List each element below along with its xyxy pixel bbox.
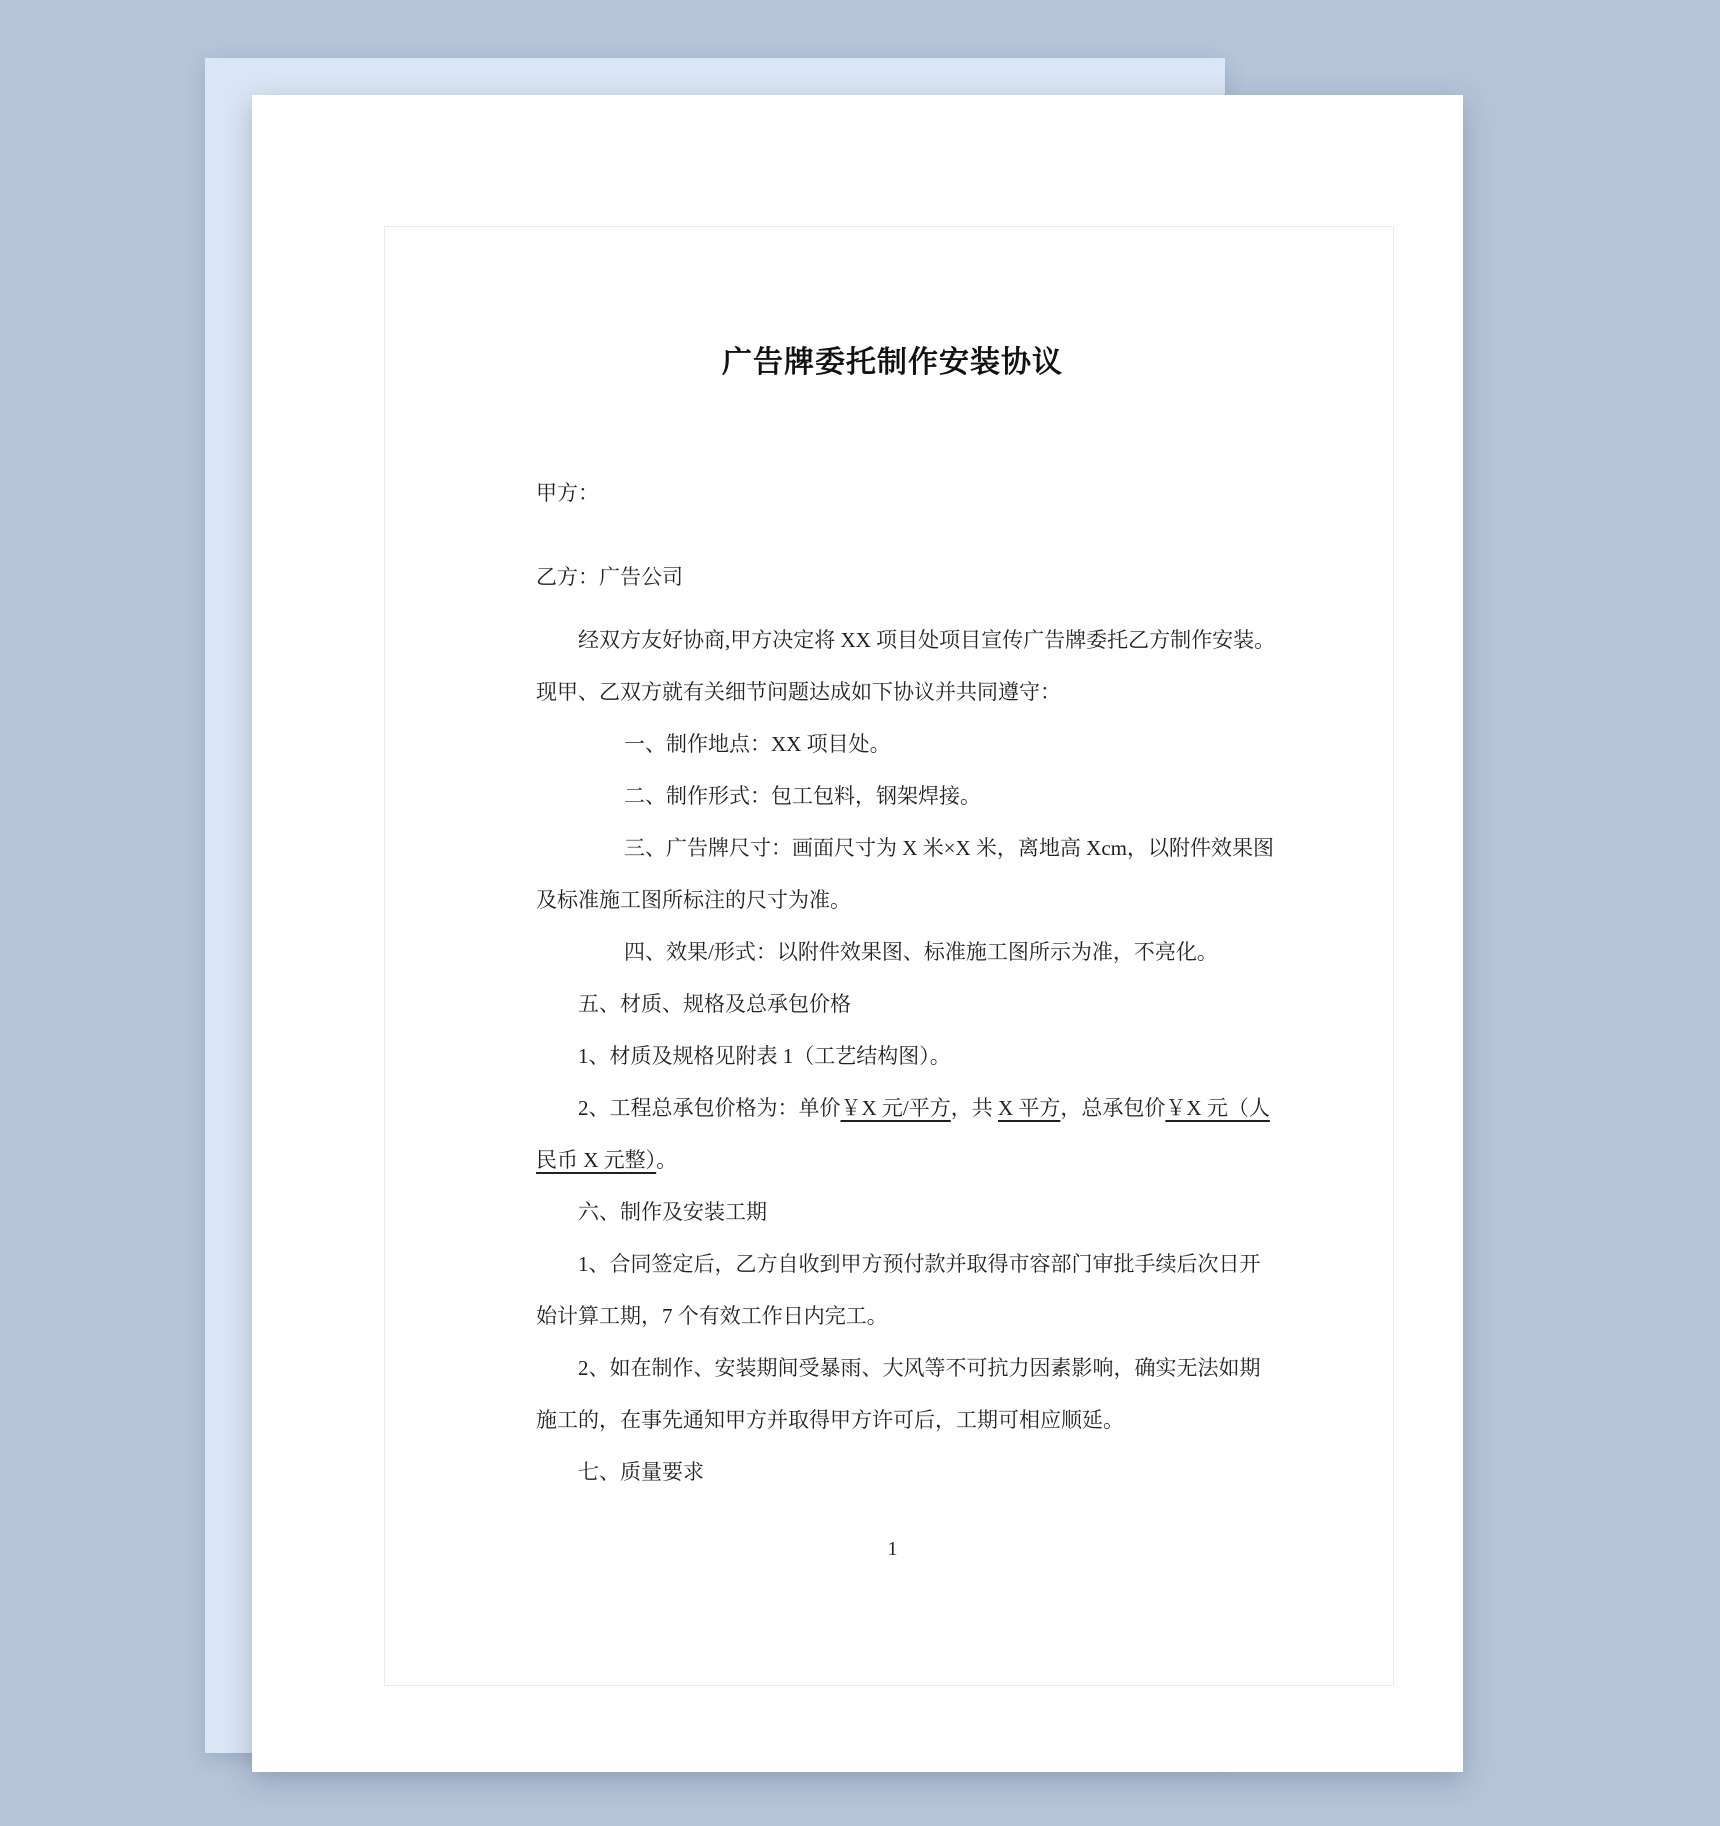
- document-line: 2、工程总承包价格为：单价￥X 元/平方，共 X 平方，总承包价￥X 元（人: [536, 1082, 1249, 1134]
- document-line: 现甲、乙双方就有关细节问题达成如下协议并共同遵守：: [536, 666, 1249, 718]
- page-number: 1: [536, 1536, 1249, 1562]
- document-line: 乙方：广告公司: [536, 551, 1249, 603]
- document-line: 甲方：: [536, 467, 1249, 519]
- document-line: 三、广告牌尺寸：画面尺寸为 X 米×X 米，离地高 Xcm，以附件效果图: [536, 822, 1249, 874]
- document-line: 五、材质、规格及总承包价格: [536, 978, 1249, 1030]
- text-segment: 甲方：: [536, 481, 599, 505]
- underlined-text: ￥X 元/平方: [841, 1096, 951, 1120]
- document-line: 施工的，在事先通知甲方并取得甲方许可后，工期可相应顺延。: [536, 1394, 1249, 1446]
- text-segment: 。: [656, 1148, 677, 1172]
- text-segment: 乙方：广告公司: [536, 565, 683, 589]
- document-line: 民币 X 元整）。: [536, 1134, 1249, 1186]
- document-title: 广告牌委托制作安装协议: [536, 343, 1249, 383]
- text-segment: 现甲、乙双方就有关细节问题达成如下协议并共同遵守：: [536, 680, 1061, 704]
- underlined-text: X 平方: [998, 1096, 1060, 1120]
- text-segment: 一、制作地点：XX 项目处。: [624, 732, 891, 756]
- text-segment: 五、材质、规格及总承包价格: [578, 992, 851, 1016]
- text-segment: 2、工程总承包价格为：单价: [578, 1096, 841, 1120]
- document-line: 一、制作地点：XX 项目处。: [536, 718, 1249, 770]
- document-line: 始计算工期，7 个有效工作日内完工。: [536, 1290, 1249, 1342]
- text-segment: 六、制作及安装工期: [578, 1200, 767, 1224]
- text-frame: 广告牌委托制作安装协议 甲方：乙方：广告公司经双方友好协商,甲方决定将 XX 项…: [384, 226, 1394, 1686]
- document-line: 及标准施工图所标注的尺寸为准。: [536, 874, 1249, 926]
- document-line: 七、质量要求: [536, 1446, 1249, 1498]
- underlined-text: ￥X 元（人: [1165, 1096, 1269, 1120]
- document-line: 2、如在制作、安装期间受暴雨、大风等不可抗力因素影响，确实无法如期: [536, 1342, 1249, 1394]
- text-segment: 经双方友好协商,甲方决定将 XX 项目处项目宣传广告牌委托乙方制作安装。: [578, 628, 1275, 652]
- document-line: 四、效果/形式：以附件效果图、标准施工图所示为准，不亮化。: [536, 926, 1249, 978]
- text-segment: 1、合同签定后，乙方自收到甲方预付款并取得市容部门审批手续后次日开: [578, 1252, 1261, 1276]
- document-line: 二、制作形式：包工包料，钢架焊接。: [536, 770, 1249, 822]
- text-segment: ，总承包价: [1060, 1096, 1165, 1120]
- text-segment: 二、制作形式：包工包料，钢架焊接。: [624, 784, 981, 808]
- text-segment: 2、如在制作、安装期间受暴雨、大风等不可抗力因素影响，确实无法如期: [578, 1356, 1261, 1380]
- text-segment: 三、广告牌尺寸：画面尺寸为 X 米×X 米，离地高 Xcm，以附件效果图: [624, 836, 1274, 860]
- document-line: 经双方友好协商,甲方决定将 XX 项目处项目宣传广告牌委托乙方制作安装。: [536, 614, 1249, 666]
- text-segment: 七、质量要求: [578, 1460, 704, 1484]
- document-line: 1、材质及规格见附表 1（工艺结构图）。: [536, 1030, 1249, 1082]
- text-segment: 施工的，在事先通知甲方并取得甲方许可后，工期可相应顺延。: [536, 1408, 1124, 1432]
- text-segment: 始计算工期，7 个有效工作日内完工。: [536, 1304, 888, 1328]
- document-page: 广告牌委托制作安装协议 甲方：乙方：广告公司经双方友好协商,甲方决定将 XX 项…: [252, 95, 1463, 1772]
- text-segment: ，共: [951, 1096, 998, 1120]
- desktop-background: 广告牌委托制作安装协议 甲方：乙方：广告公司经双方友好协商,甲方决定将 XX 项…: [0, 0, 1720, 1826]
- text-segment: 及标准施工图所标注的尺寸为准。: [536, 888, 851, 912]
- underlined-text: 民币 X 元整）: [536, 1148, 656, 1172]
- document-body: 甲方：乙方：广告公司经双方友好协商,甲方决定将 XX 项目处项目宣传广告牌委托乙…: [536, 467, 1249, 1498]
- text-segment: 1、材质及规格见附表 1（工艺结构图）。: [578, 1044, 951, 1068]
- document-line: 1、合同签定后，乙方自收到甲方预付款并取得市容部门审批手续后次日开: [536, 1238, 1249, 1290]
- document-line: 六、制作及安装工期: [536, 1186, 1249, 1238]
- text-segment: 四、效果/形式：以附件效果图、标准施工图所示为准，不亮化。: [624, 940, 1218, 964]
